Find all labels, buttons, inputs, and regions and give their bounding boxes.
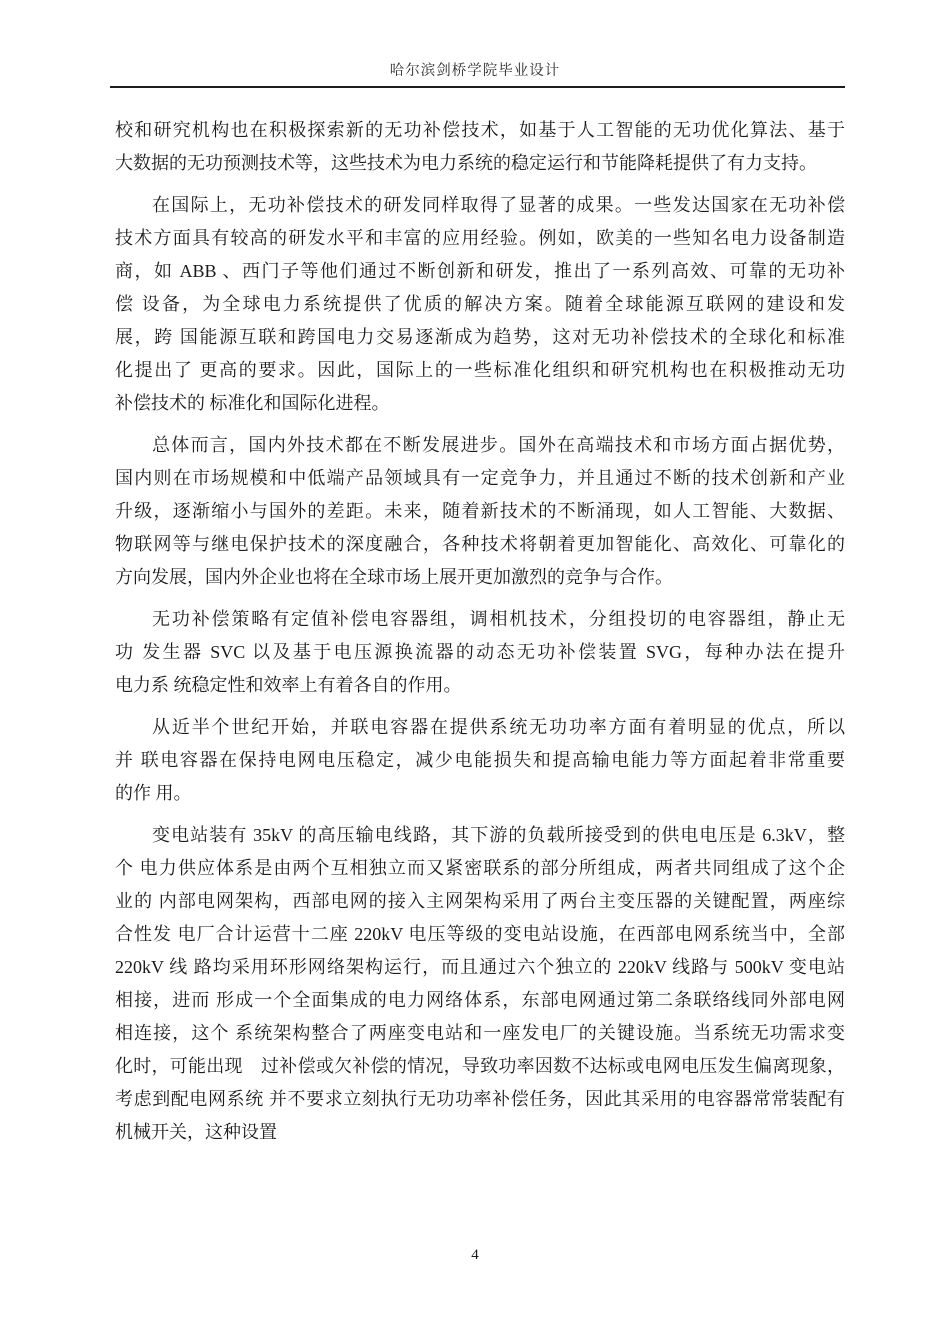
text-line: 个 电力供应体系是由两个互相独立而又紧密联系的部分所组成，两者共同组成了这个企: [115, 852, 845, 885]
text-line: 物联网等与继电保护技术的深度融合，各种技术将朝着更加智能化、高效化、可靠化的: [115, 528, 845, 561]
text-line: 的作 用。: [115, 777, 845, 810]
text-line: 机械开关，这种设置: [115, 1116, 845, 1149]
text-line: 国内则在市场规模和中低端产品领域具有一定竞争力，并且通过不断的技术创新和产业: [115, 462, 845, 495]
text-line: 大数据的无功预测技术等，这些技术为电力系统的稳定运行和节能降耗提供了有力支持。: [115, 147, 845, 180]
page-header: 哈尔滨剑桥学院毕业设计: [0, 0, 950, 88]
text-line: 从近半个世纪开始，并联电容器在提供系统无功功率方面有着明显的优点，所以: [115, 711, 845, 744]
text-line: 在国际上，无功补偿技术的研发同样取得了显著的成果。一些发达国家在无功补偿: [115, 189, 845, 222]
text-line: 化时，可能出现 过补偿或欠补偿的情况，导致功率因数不达标或电网电压发生偏离现象，: [115, 1050, 845, 1083]
text-line: 并 联电容器在保持电网电压稳定，减少电能损失和提高输电能力等方面起着非常重要: [115, 744, 845, 777]
text-line: 补偿技术的 标准化和国际化进程。: [115, 387, 845, 420]
header-title: 哈尔滨剑桥学院毕业设计: [0, 0, 950, 80]
text-line: 化提出了 更高的要求。因此，国际上的一些标准化组织和研究机构也在积极推动无功: [115, 354, 845, 387]
paragraph-1: 校和研究机构也在积极探索新的无功补偿技术，如基于人工智能的无功优化算法、基于大数…: [115, 114, 845, 180]
page-number: 4: [471, 1247, 479, 1263]
document-page: 哈尔滨剑桥学院毕业设计 校和研究机构也在积极探索新的无功补偿技术，如基于人工智能…: [0, 0, 950, 1344]
text-line: 功 发生器 SVC 以及基于电压源换流器的动态无功补偿装置 SVG，每种办法在提…: [115, 636, 845, 669]
text-line: 考虑到配电网系统 并不要求立刻执行无功功率补偿任务，因此其采用的电容器常常装配有: [115, 1083, 845, 1116]
paragraph-6: 变电站装有 35kV 的高压输电线路，其下游的负载所接受到的供电电压是 6.3k…: [115, 819, 845, 1149]
document-body: 校和研究机构也在积极探索新的无功补偿技术，如基于人工智能的无功优化算法、基于大数…: [115, 114, 845, 1149]
text-line: 偿 设备，为全球电力系统提供了优质的解决方案。随着全球能源互联网的建设和发: [115, 288, 845, 321]
page-footer: 4: [0, 1246, 950, 1264]
header-rule: [110, 86, 845, 88]
text-line: 校和研究机构也在积极探索新的无功补偿技术，如基于人工智能的无功优化算法、基于: [115, 114, 845, 147]
paragraph-3: 总体而言，国内外技术都在不断发展进步。国外在高端技术和市场方面占据优势，国内则在…: [115, 429, 845, 594]
text-line: 相接，进而 形成一个全面集成的电力网络体系，东部电网通过第二条联络线同外部电网: [115, 984, 845, 1017]
text-line: 展，跨 国能源互联和跨国电力交易逐渐成为趋势，这对无功补偿技术的全球化和标准: [115, 321, 845, 354]
text-line: 电力系 统稳定性和效率上有着各自的作用。: [115, 669, 845, 702]
text-line: 商，如 ABB 、西门子等他们通过不断创新和研发，推出了一系列高效、可靠的无功补: [115, 255, 845, 288]
text-line: 技术方面具有较高的研发水平和丰富的应用经验。例如，欧美的一些知名电力设备制造: [115, 222, 845, 255]
text-line: 无功补偿策略有定值补偿电容器组，调相机技术，分组投切的电容器组，静止无: [115, 603, 845, 636]
paragraph-2: 在国际上，无功补偿技术的研发同样取得了显著的成果。一些发达国家在无功补偿技术方面…: [115, 189, 845, 420]
text-line: 相连接，这个 系统架构整合了两座变电站和一座发电厂的关键设施。当系统无功需求变: [115, 1017, 845, 1050]
text-line: 变电站装有 35kV 的高压输电线路，其下游的负载所接受到的供电电压是 6.3k…: [115, 819, 845, 852]
paragraph-4: 无功补偿策略有定值补偿电容器组，调相机技术，分组投切的电容器组，静止无功 发生器…: [115, 603, 845, 702]
text-line: 合性发 电厂合计运营十二座 220kV 电压等级的变电站设施，在西部电网系统当中…: [115, 918, 845, 951]
text-line: 升级，逐渐缩小与国外的差距。未来，随着新技术的不断涌现，如人工智能、大数据、: [115, 495, 845, 528]
text-line: 220kV 线 路均采用环形网络架构运行，而且通过六个独立的 220kV 线路与…: [115, 951, 845, 984]
text-line: 业的 内部电网架构，西部电网的接入主网架构采用了两台主变压器的关键配置，两座综: [115, 885, 845, 918]
text-line: 方向发展，国内外企业也将在全球市场上展开更加激烈的竞争与合作。: [115, 561, 845, 594]
paragraph-5: 从近半个世纪开始，并联电容器在提供系统无功功率方面有着明显的优点，所以并 联电容…: [115, 711, 845, 810]
text-line: 总体而言，国内外技术都在不断发展进步。国外在高端技术和市场方面占据优势，: [115, 429, 845, 462]
